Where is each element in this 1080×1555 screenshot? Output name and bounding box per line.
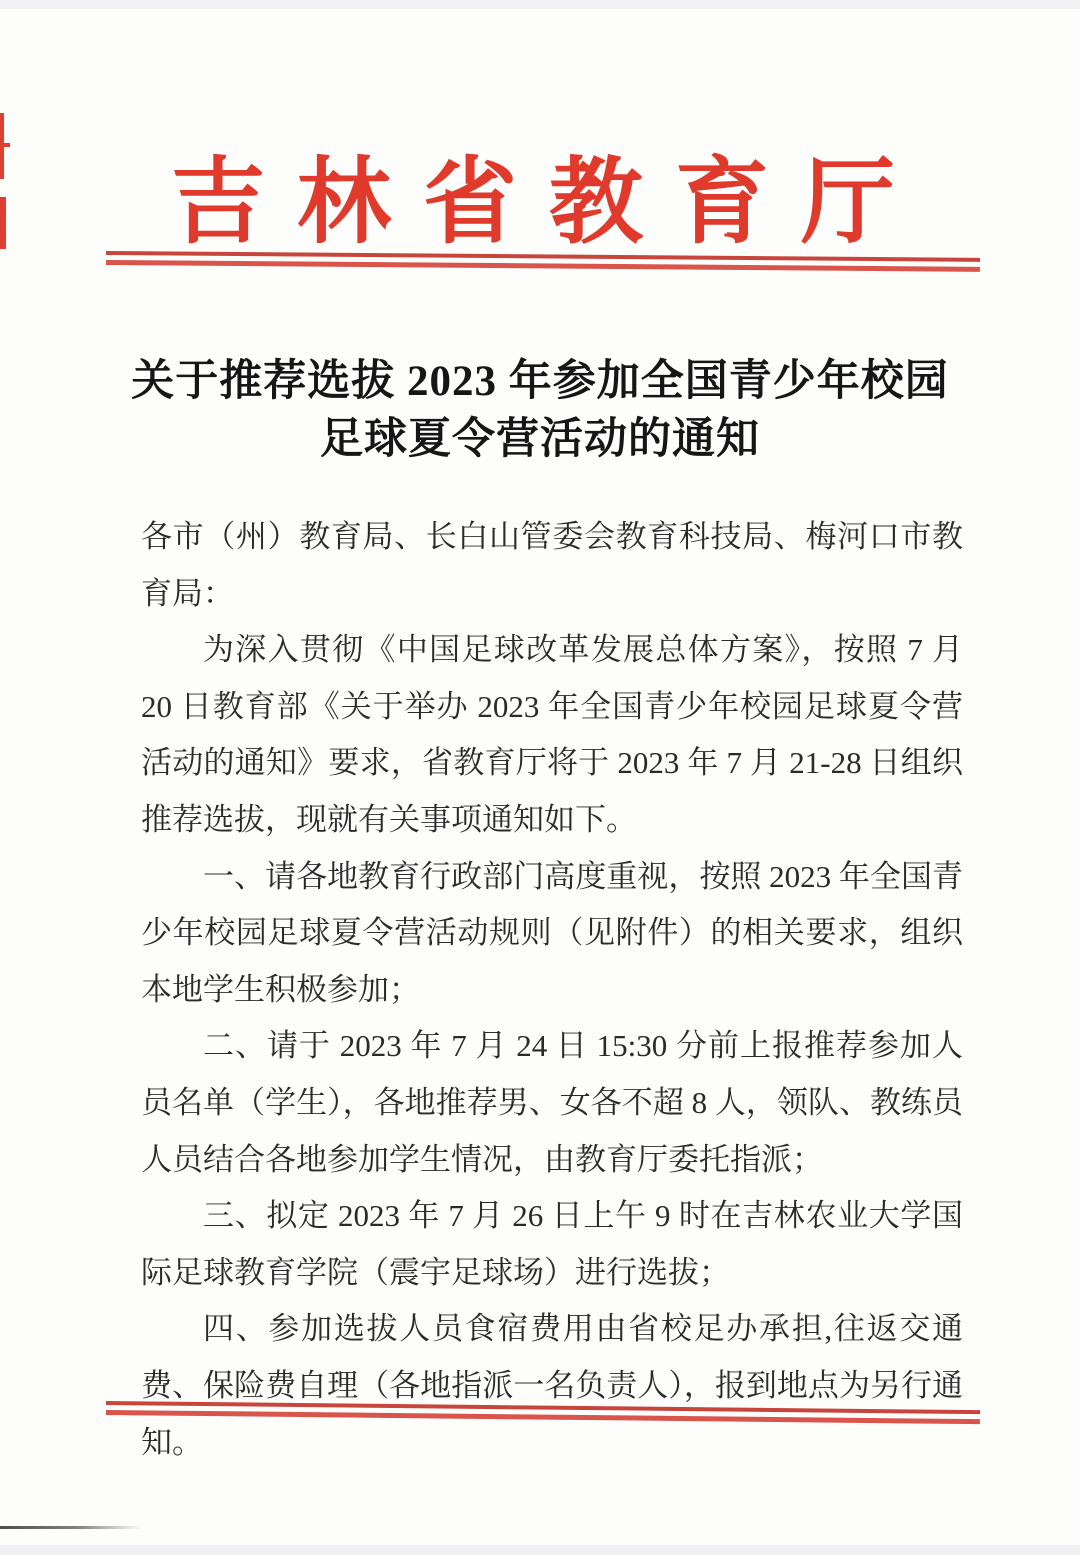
document-title-line1: 关于推荐选拔 2023 年参加全国青少年校园 (131, 358, 949, 405)
document-title: 关于推荐选拔 2023 年参加全国青少年校园 足球夏令营活动的通知 (0, 353, 1080, 469)
paragraph-item-3: 三、拟定 2023 年 7 月 26 日上午 9 时在吉林农业大学国际足球教育学… (141, 1188, 963, 1301)
page-bottom-edge (0, 1545, 1080, 1555)
paragraph-item-1: 一、请各地教育行政部门高度重视，按照 2023 年全国青少年校园足球夏令营活动规… (141, 849, 963, 1019)
document-page: 吉林省教育厅 关于推荐选拔 2023 年参加全国青少年校园 足球夏令营活动的通知… (0, 0, 1080, 1555)
salutation-line: 各市（州）教育局、长白山管委会教育科技局、梅河口市教育局： (141, 509, 963, 622)
divider-rule-thick (106, 259, 980, 271)
paragraph-intro: 为深入贯彻《中国足球改革发展总体方案》，按照 7 月 20 日教育部《关于举办 … (141, 622, 963, 848)
document-title-line2: 足球夏令营活动的通知 (320, 416, 760, 463)
paragraph-item-4: 四、参加选拔人员食宿费用由省校足办承担,往返交通费、保险费自理（各地指派一名负责… (141, 1301, 963, 1471)
agency-letterhead: 吉林省教育厅 (0, 126, 1080, 261)
document-body: 各市（州）教育局、长白山管委会教育科技局、梅河口市教育局： 为深入贯彻《中国足球… (141, 509, 963, 1471)
bottom-left-scan-artifact (0, 1526, 142, 1529)
paragraph-item-2: 二、请于 2023 年 7 月 24 日 15:30 分前上报推荐参加人员名单（… (141, 1018, 963, 1188)
page-top-edge (0, 0, 1080, 9)
